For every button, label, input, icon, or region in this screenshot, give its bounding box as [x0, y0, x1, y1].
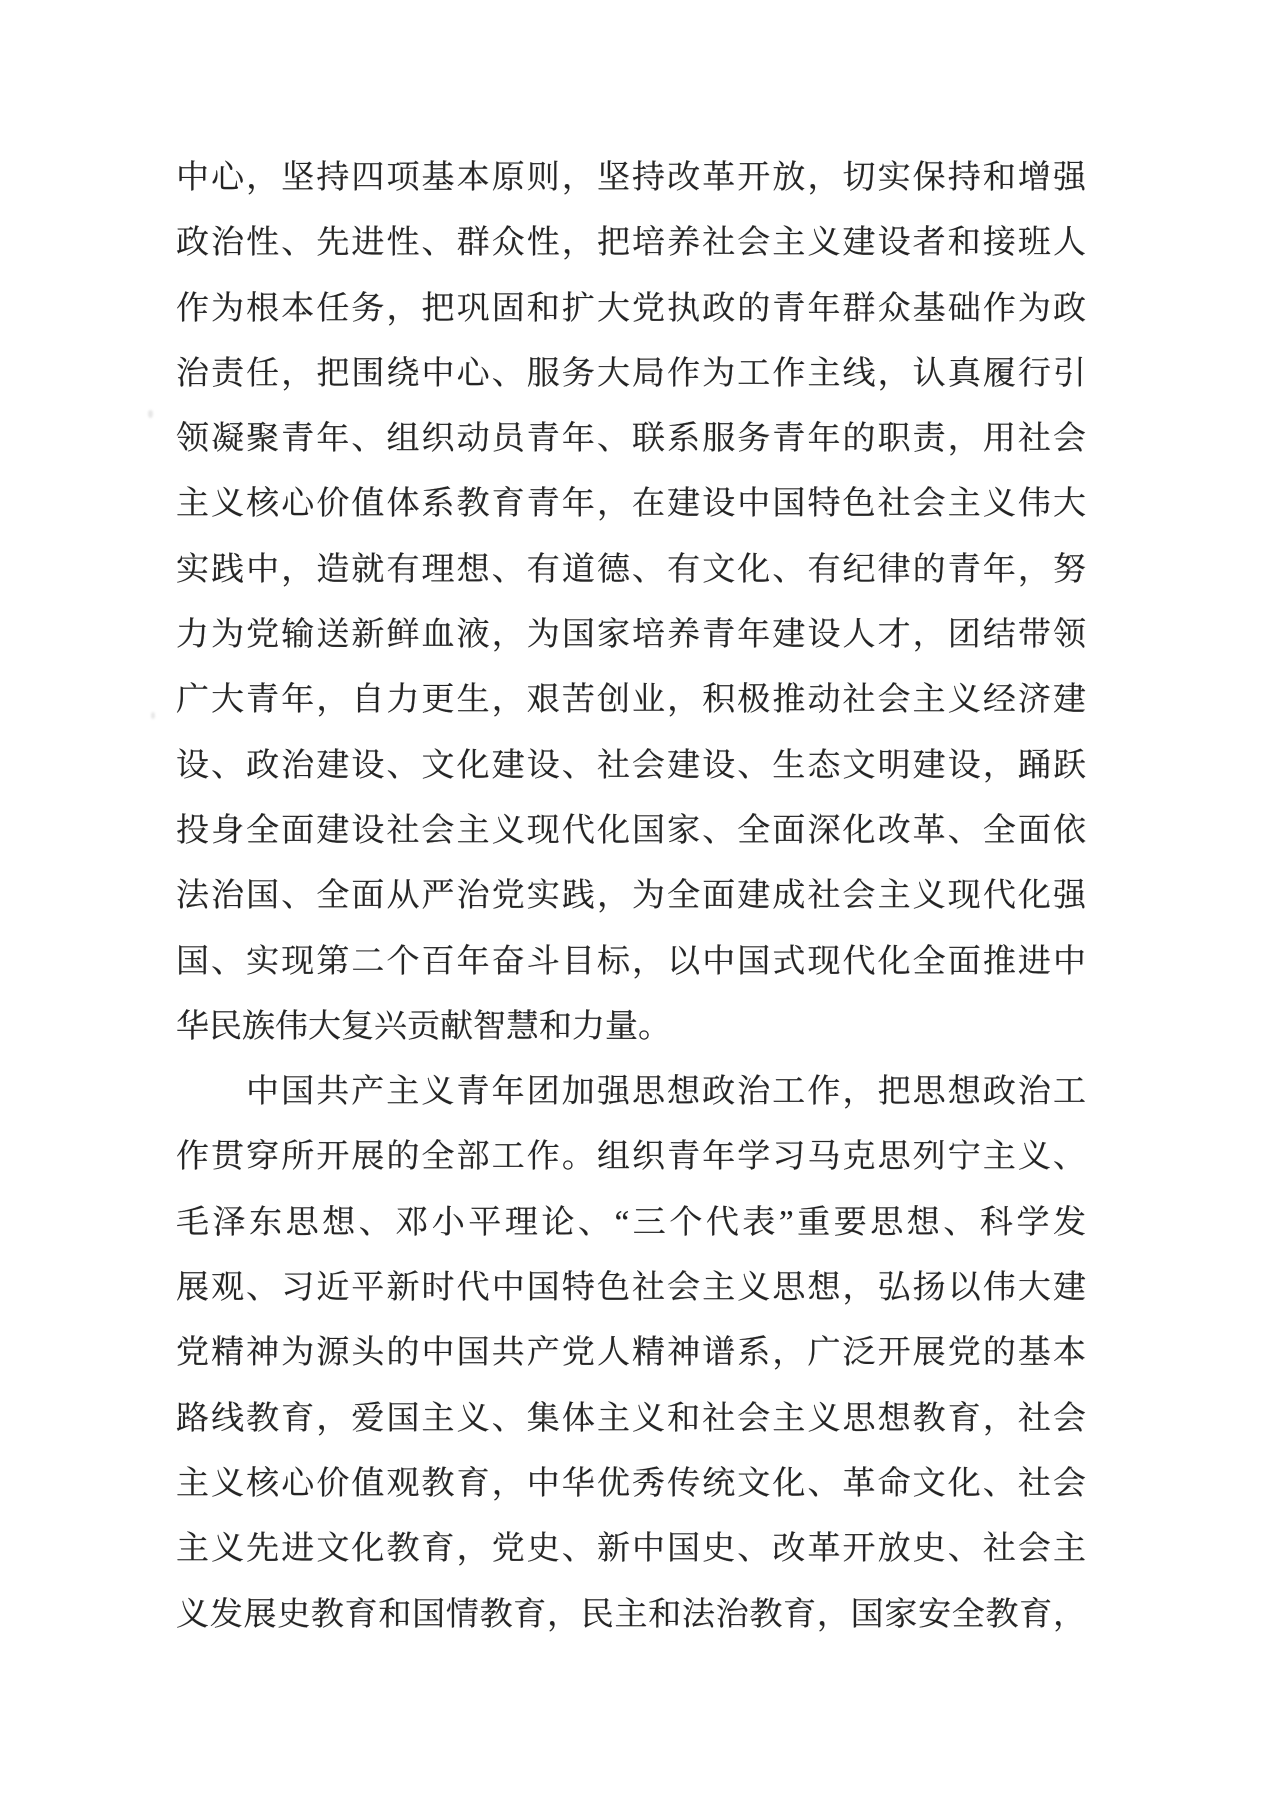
text-line: 国、实现第二个百年奋斗目标，以中国式现代化全面推进中: [176, 930, 1086, 995]
page-text: 中心，坚持四项基本原则，坚持改革开放，切实保持和增强政治性、先进性、群众性，把培…: [176, 146, 1086, 1648]
text-line: 设、政治建设、文化建设、社会建设、生态文明建设，踊跃: [176, 734, 1086, 799]
text-line: 治责任，把围绕中心、服务大局作为工作主线，认真履行引: [176, 342, 1086, 407]
text-line: 华民族伟大复兴贡献智慧和力量。: [176, 995, 1086, 1060]
text-line: 政治性、先进性、群众性，把培养社会主义建设者和接班人: [176, 211, 1086, 276]
text-line: 力为党输送新鲜血液，为国家培养青年建设人才，团结带领: [176, 603, 1086, 668]
text-line: 中国共产主义青年团加强思想政治工作，把思想政治工: [176, 1060, 1086, 1125]
text-line: 主义核心价值观教育，中华优秀传统文化、革命文化、社会: [176, 1452, 1086, 1517]
text-line: 领凝聚青年、组织动员青年、联系服务青年的职责，用社会: [176, 407, 1086, 472]
text-line: 投身全面建设社会主义现代化国家、全面深化改革、全面依: [176, 799, 1086, 864]
scan-speck: [148, 410, 153, 418]
text-line: 毛泽东思想、邓小平理论、“三个代表”重要思想、科学发: [176, 1191, 1086, 1256]
text-line: 主义核心价值体系教育青年，在建设中国特色社会主义伟大: [176, 472, 1086, 537]
text-line: 广大青年，自力更生，艰苦创业，积极推动社会主义经济建: [176, 668, 1086, 733]
text-line: 中心，坚持四项基本原则，坚持改革开放，切实保持和增强: [176, 146, 1086, 211]
text-line: 党精神为源头的中国共产党人精神谱系，广泛开展党的基本: [176, 1321, 1086, 1386]
text-line: 义发展史教育和国情教育，民主和法治教育，国家安全教育，: [176, 1583, 1086, 1648]
scan-speck: [151, 712, 155, 719]
text-line: 主义先进文化教育，党史、新中国史、改革开放史、社会主: [176, 1517, 1086, 1582]
text-line: 路线教育，爱国主义、集体主义和社会主义思想教育，社会: [176, 1387, 1086, 1452]
text-line: 展观、习近平新时代中国特色社会主义思想，弘扬以伟大建: [176, 1256, 1086, 1321]
text-line: 作贯穿所开展的全部工作。组织青年学习马克思列宁主义、: [176, 1125, 1086, 1190]
document-page: 中心，坚持四项基本原则，坚持改革开放，切实保持和增强政治性、先进性、群众性，把培…: [0, 0, 1279, 1810]
text-line: 法治国、全面从严治党实践，为全面建成社会主义现代化强: [176, 864, 1086, 929]
text-line: 作为根本任务，把巩固和扩大党执政的青年群众基础作为政: [176, 277, 1086, 342]
text-line: 实践中，造就有理想、有道德、有文化、有纪律的青年，努: [176, 538, 1086, 603]
